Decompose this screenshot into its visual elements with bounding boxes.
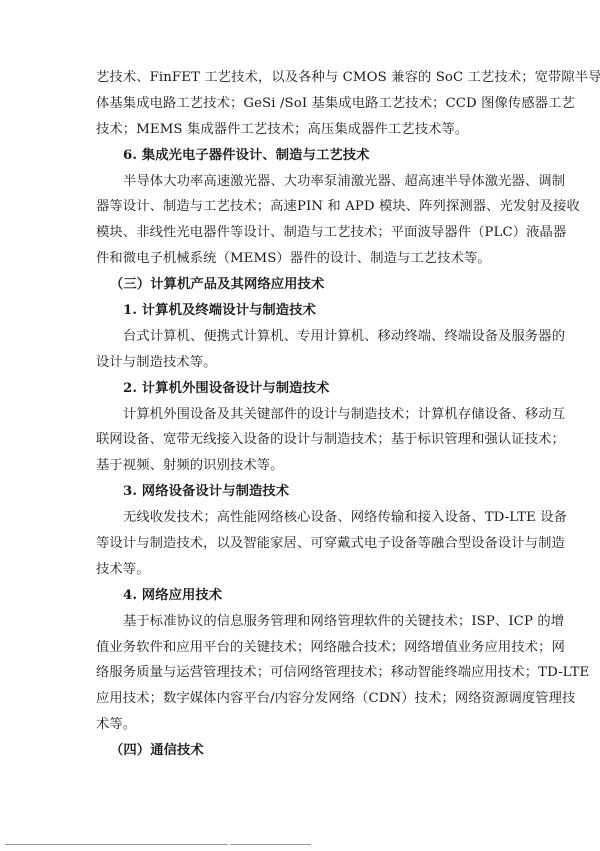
footer-rule-right — [230, 844, 311, 845]
text-line: 术等。 — [96, 712, 512, 738]
text-line: 件和微电子机械系统（MEMS）器件的设计、制造与工艺技术等。 — [96, 246, 512, 272]
subsection-heading-3: 3. 网络设备设计与制造技术 — [96, 479, 512, 505]
text-line: 基于视频、射频的识别技术等。 — [96, 453, 512, 479]
text-line: 半导体大功率高速激光器、大功率泵浦激光器、超高速半导体激光器、调制 — [96, 169, 512, 195]
text-line: 等设计与制造技术，以及智能家居、可穿戴式电子设备等融合型设备设计与制造 — [96, 531, 512, 557]
paragraph: 半导体大功率高速激光器、大功率泵浦激光器、超高速半导体激光器、调制 器等设计、制… — [96, 169, 512, 273]
section-heading-3: （三）计算机产品及其网络应用技术 — [96, 272, 512, 298]
paragraph: 计算机外围设备及其关键部件的设计与制造技术；计算机存储设备、移动互 联网设备、宽… — [96, 402, 512, 480]
text-line: 络服务质量与运营管理技术；可信网络管理技术；移动智能终端应用技术；TD-LTE — [96, 660, 512, 686]
text-line: 计算机外围设备及其关键部件的设计与制造技术；计算机存储设备、移动互 — [96, 402, 512, 428]
subsection-heading-6: 6. 集成光电子器件设计、制造与工艺技术 — [96, 143, 512, 169]
text-line: 艺技术、FinFET 工艺技术，以及各种与 CMOS 兼容的 SoC 工艺技术；… — [96, 65, 512, 91]
footer-rule-left — [5, 844, 228, 845]
subsection-heading-1: 1. 计算机及终端设计与制造技术 — [96, 298, 512, 324]
text-line: 模块、非线性光电器件等设计、制造与工艺技术；平面波导器件（PLC）液晶器 — [96, 220, 512, 246]
text-line: 台式计算机、便携式计算机、专用计算机、移动终端、终端设备及服务器的 — [96, 324, 512, 350]
text-line: 基于标准协议的信息服务管理和网络管理软件的关键技术；ISP、ICP 的增 — [96, 609, 512, 635]
text-line: 值业务软件和应用平台的关键技术；网络融合技术；网络增值业务应用技术；网 — [96, 635, 512, 661]
section-heading-4: （四）通信技术 — [96, 738, 512, 764]
text-line: 技术等。 — [96, 557, 512, 583]
paragraph: 基于标准协议的信息服务管理和网络管理软件的关键技术；ISP、ICP 的增 值业务… — [96, 609, 512, 738]
text-line: 联网设备、宽带无线接入设备的设计与制造技术；基于标识管理和强认证技术； — [96, 427, 512, 453]
paragraph: 台式计算机、便携式计算机、专用计算机、移动终端、终端设备及服务器的 设计与制造技… — [96, 324, 512, 376]
document-page: 艺技术、FinFET 工艺技术，以及各种与 CMOS 兼容的 SoC 工艺技术；… — [96, 65, 512, 764]
text-line: 器等设计、制造与工艺技术；高速PIN 和 APD 模块、阵列探测器、光发射及接收 — [96, 194, 512, 220]
subsection-heading-4: 4. 网络应用技术 — [96, 583, 512, 609]
subsection-heading-2: 2. 计算机外围设备设计与制造技术 — [96, 376, 512, 402]
paragraph-continued: 艺技术、FinFET 工艺技术，以及各种与 CMOS 兼容的 SoC 工艺技术；… — [96, 65, 512, 143]
text-line: 体基集成电路工艺技术；GeSi /SoI 基集成电路工艺技术；CCD 图像传感器… — [96, 91, 512, 117]
text-line: 设计与制造技术等。 — [96, 350, 512, 376]
paragraph: 无线收发技术；高性能网络核心设备、网络传输和接入设备、TD-LTE 设备 等设计… — [96, 505, 512, 583]
text-line: 应用技术；数字媒体内容平台/内容分发网络（CDN）技术；网络资源调度管理技 — [96, 686, 512, 712]
text-line: 无线收发技术；高性能网络核心设备、网络传输和接入设备、TD-LTE 设备 — [96, 505, 512, 531]
text-line: 技术；MEMS 集成器件工艺技术；高压集成器件工艺技术等。 — [96, 117, 512, 143]
